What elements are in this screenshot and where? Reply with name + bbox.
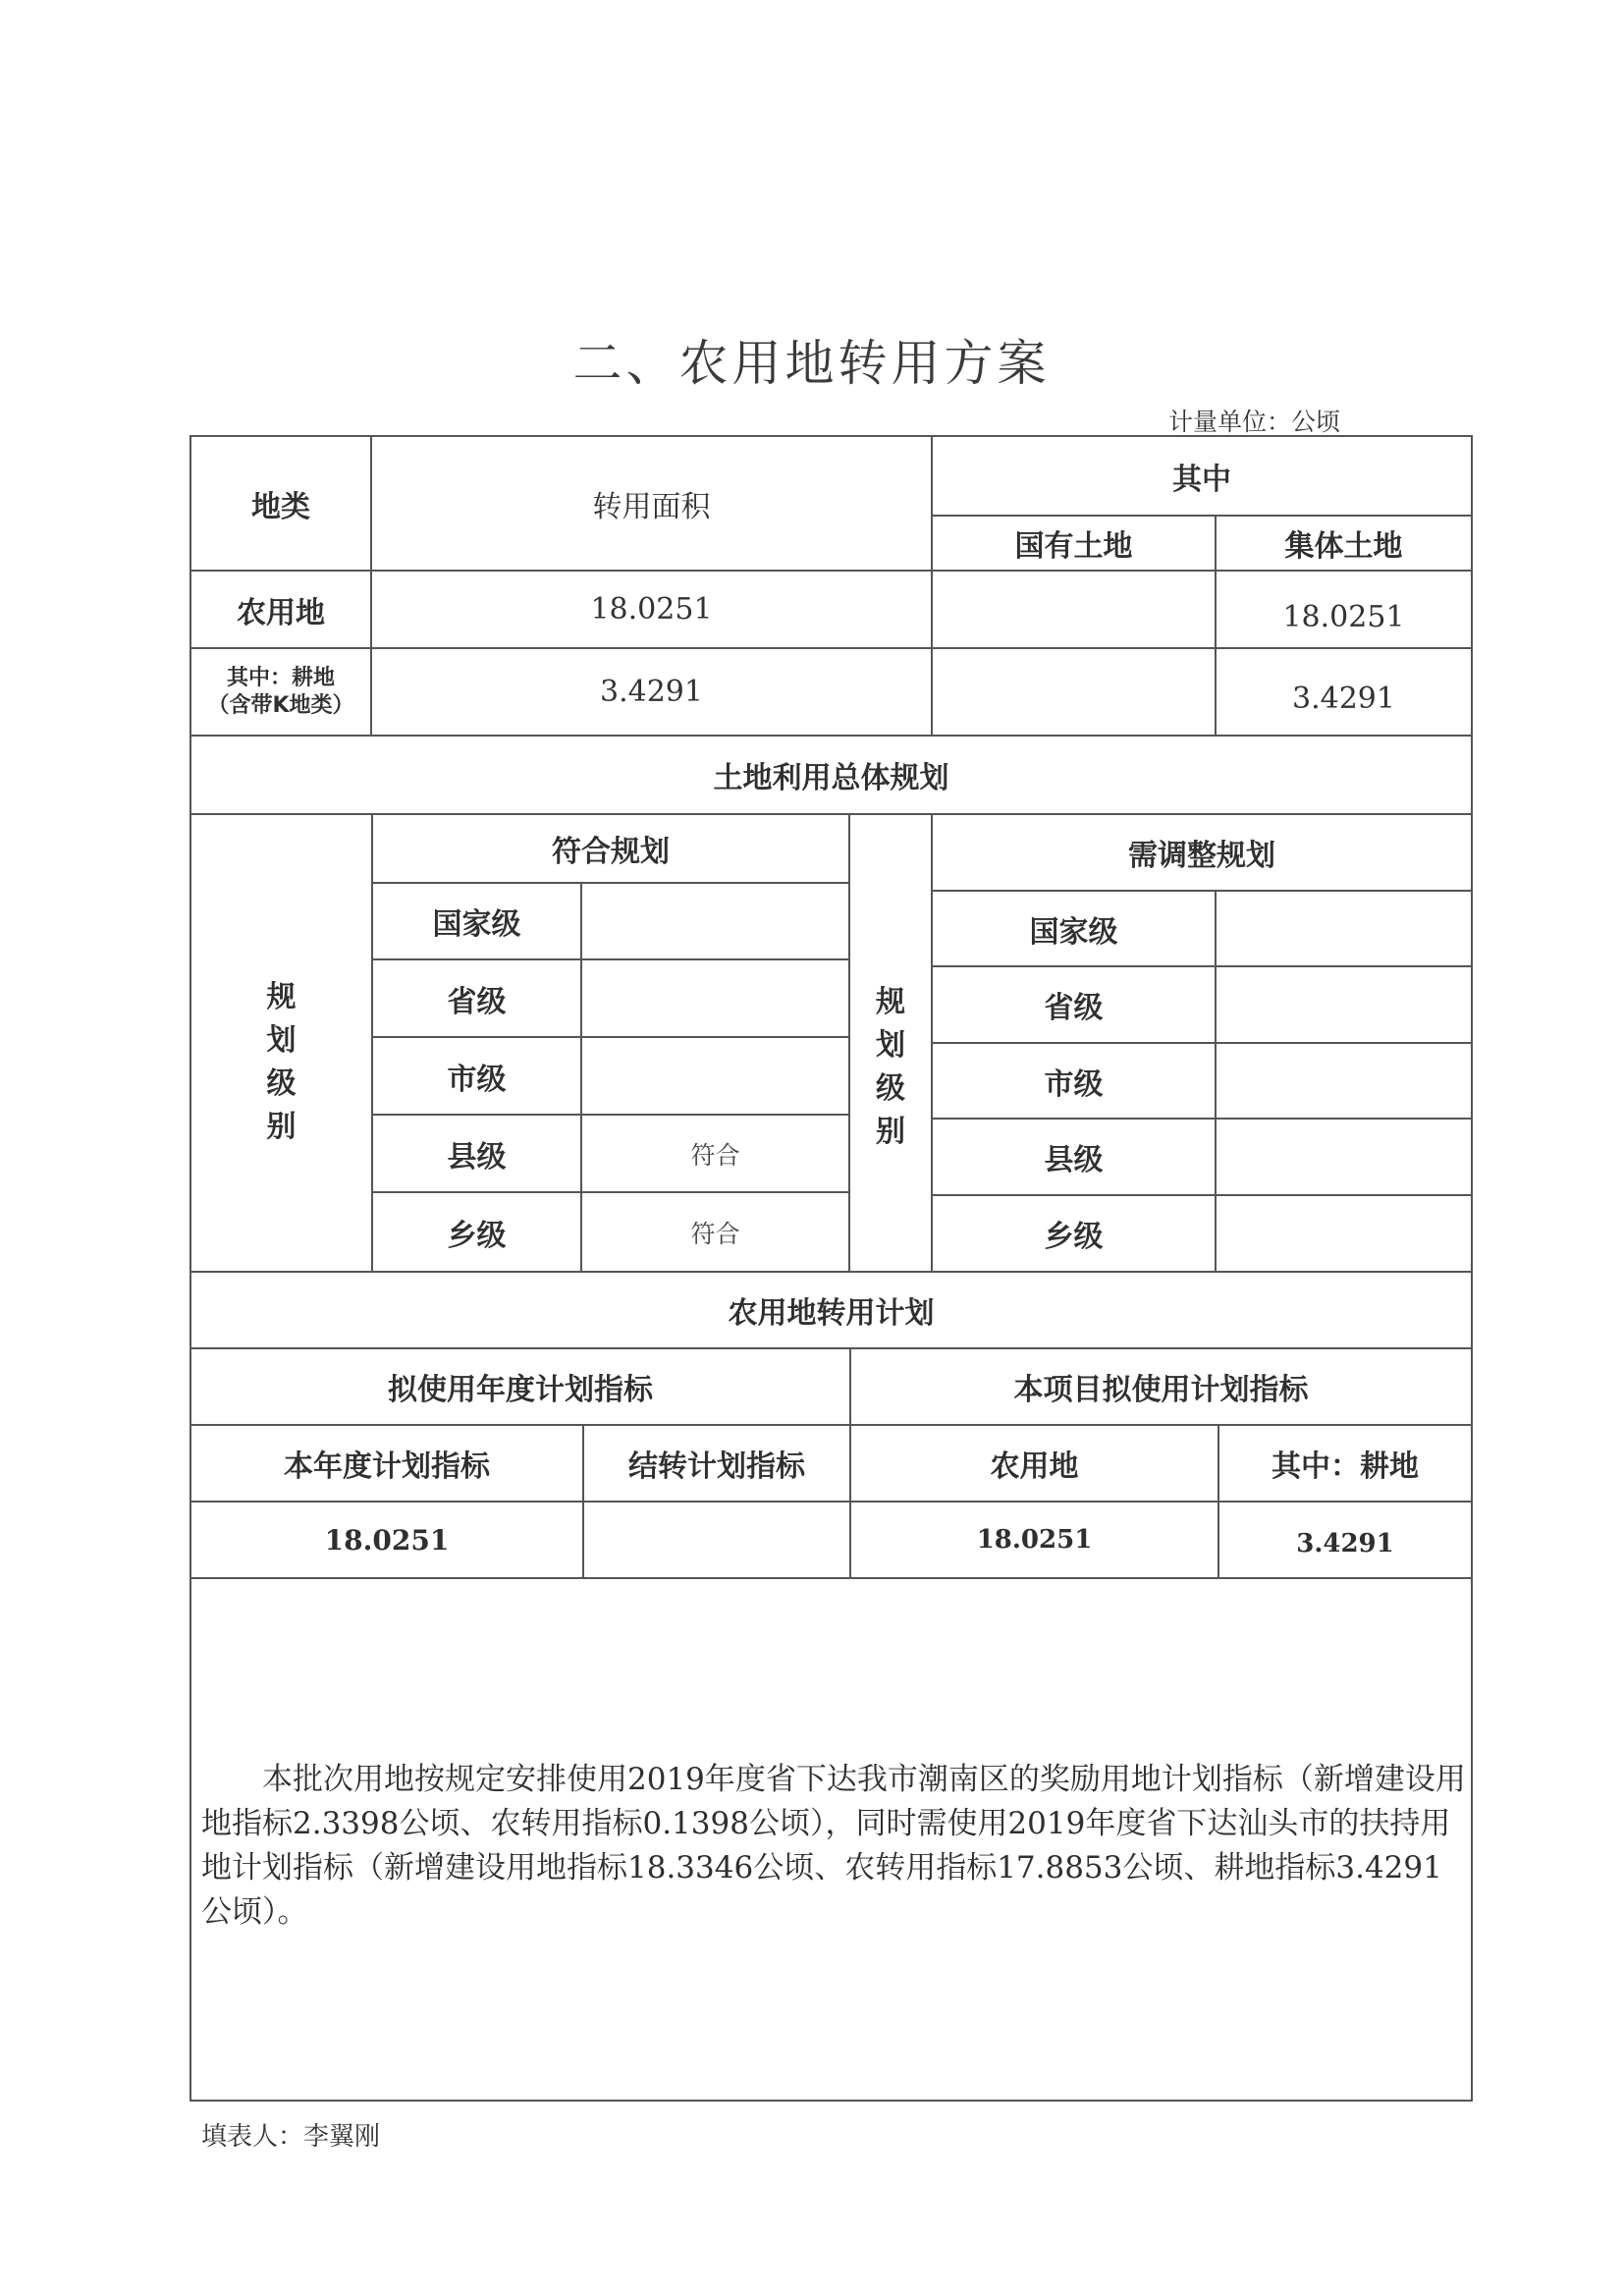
current-year-quota-value: 18.0251	[191, 1503, 582, 1577]
adjust-level-county: 县级	[933, 1120, 1215, 1194]
project-farmland-label: 农用地	[851, 1426, 1217, 1501]
carryover-quota-value	[584, 1503, 849, 1577]
adjust-value-township	[1217, 1196, 1471, 1271]
header-land-type: 地类	[191, 437, 370, 570]
carryover-quota-label: 结转计划指标	[584, 1426, 849, 1501]
unit-label: 计量单位：公顷	[1168, 403, 1340, 438]
remarks-text: 本批次用地按规定安排使用2019年度省下达我市潮南区的奖励用地计划指标（新增建设…	[201, 1758, 1468, 1935]
adjust-value-county	[1217, 1120, 1471, 1194]
row-state-owned	[933, 649, 1215, 735]
compliant-level-provincial: 省级	[373, 960, 580, 1036]
adjust-value-national	[1217, 892, 1471, 965]
header-of-which: 其中	[933, 437, 1471, 515]
header-collective: 集体土地	[1217, 517, 1471, 570]
compliant-level-county: 县级	[373, 1116, 580, 1191]
header-converted-area: 转用面积	[372, 437, 931, 570]
compliant-value-township: 符合	[582, 1193, 848, 1271]
level-label-right: 规 划 级 别	[850, 815, 931, 1271]
section-title-overall-plan: 土地利用总体规划	[191, 737, 1471, 813]
section-title-conversion-plan: 农用地转用计划	[191, 1273, 1471, 1347]
compliant-value-provincial	[582, 960, 848, 1036]
row-converted-area: 3.4291	[372, 649, 931, 735]
row-land-type-line1: 其中：耕地	[227, 665, 335, 692]
adjust-level-township: 乡级	[933, 1196, 1215, 1271]
level-label-left: 规 划 级 别	[191, 815, 371, 1271]
compliant-value-county: 符合	[582, 1116, 848, 1191]
adjust-level-national: 国家级	[933, 892, 1215, 965]
adjust-header: 需调整规划	[933, 815, 1471, 890]
project-quota-header: 本项目拟使用计划指标	[851, 1349, 1471, 1424]
row-land-type-line2: （含带K地类）	[207, 692, 353, 720]
annual-quota-header: 拟使用年度计划指标	[191, 1349, 849, 1424]
adjust-value-provincial	[1217, 967, 1471, 1042]
header-state-owned: 国有土地	[933, 517, 1215, 570]
project-cultivated-label: 其中：耕地	[1219, 1426, 1471, 1501]
compliant-value-national	[582, 884, 848, 958]
row-land-type: 农用地	[191, 572, 370, 647]
page-title: 二、农用地转用方案	[0, 324, 1623, 395]
row-state-owned	[933, 572, 1215, 647]
row-converted-area: 18.0251	[372, 572, 931, 647]
adjust-level-provincial: 省级	[933, 967, 1215, 1042]
compliant-level-national: 国家级	[373, 884, 580, 958]
compliant-value-city	[582, 1038, 848, 1114]
project-farmland-value: 18.0251	[851, 1503, 1217, 1577]
row-collective: 3.4291	[1217, 656, 1471, 741]
compliant-level-township: 乡级	[373, 1193, 580, 1271]
compliant-header: 符合规划	[373, 815, 848, 882]
current-year-quota-label: 本年度计划指标	[191, 1426, 582, 1501]
project-cultivated-value: 3.4291	[1219, 1506, 1471, 1581]
adjust-value-city	[1217, 1044, 1471, 1118]
row-land-type: 其中：耕地 （含带K地类）	[191, 649, 370, 735]
adjust-level-city: 市级	[933, 1044, 1215, 1118]
form-filler: 填表人：李翼刚	[201, 2116, 380, 2153]
compliant-level-city: 市级	[373, 1038, 580, 1114]
row-collective: 18.0251	[1217, 579, 1471, 655]
